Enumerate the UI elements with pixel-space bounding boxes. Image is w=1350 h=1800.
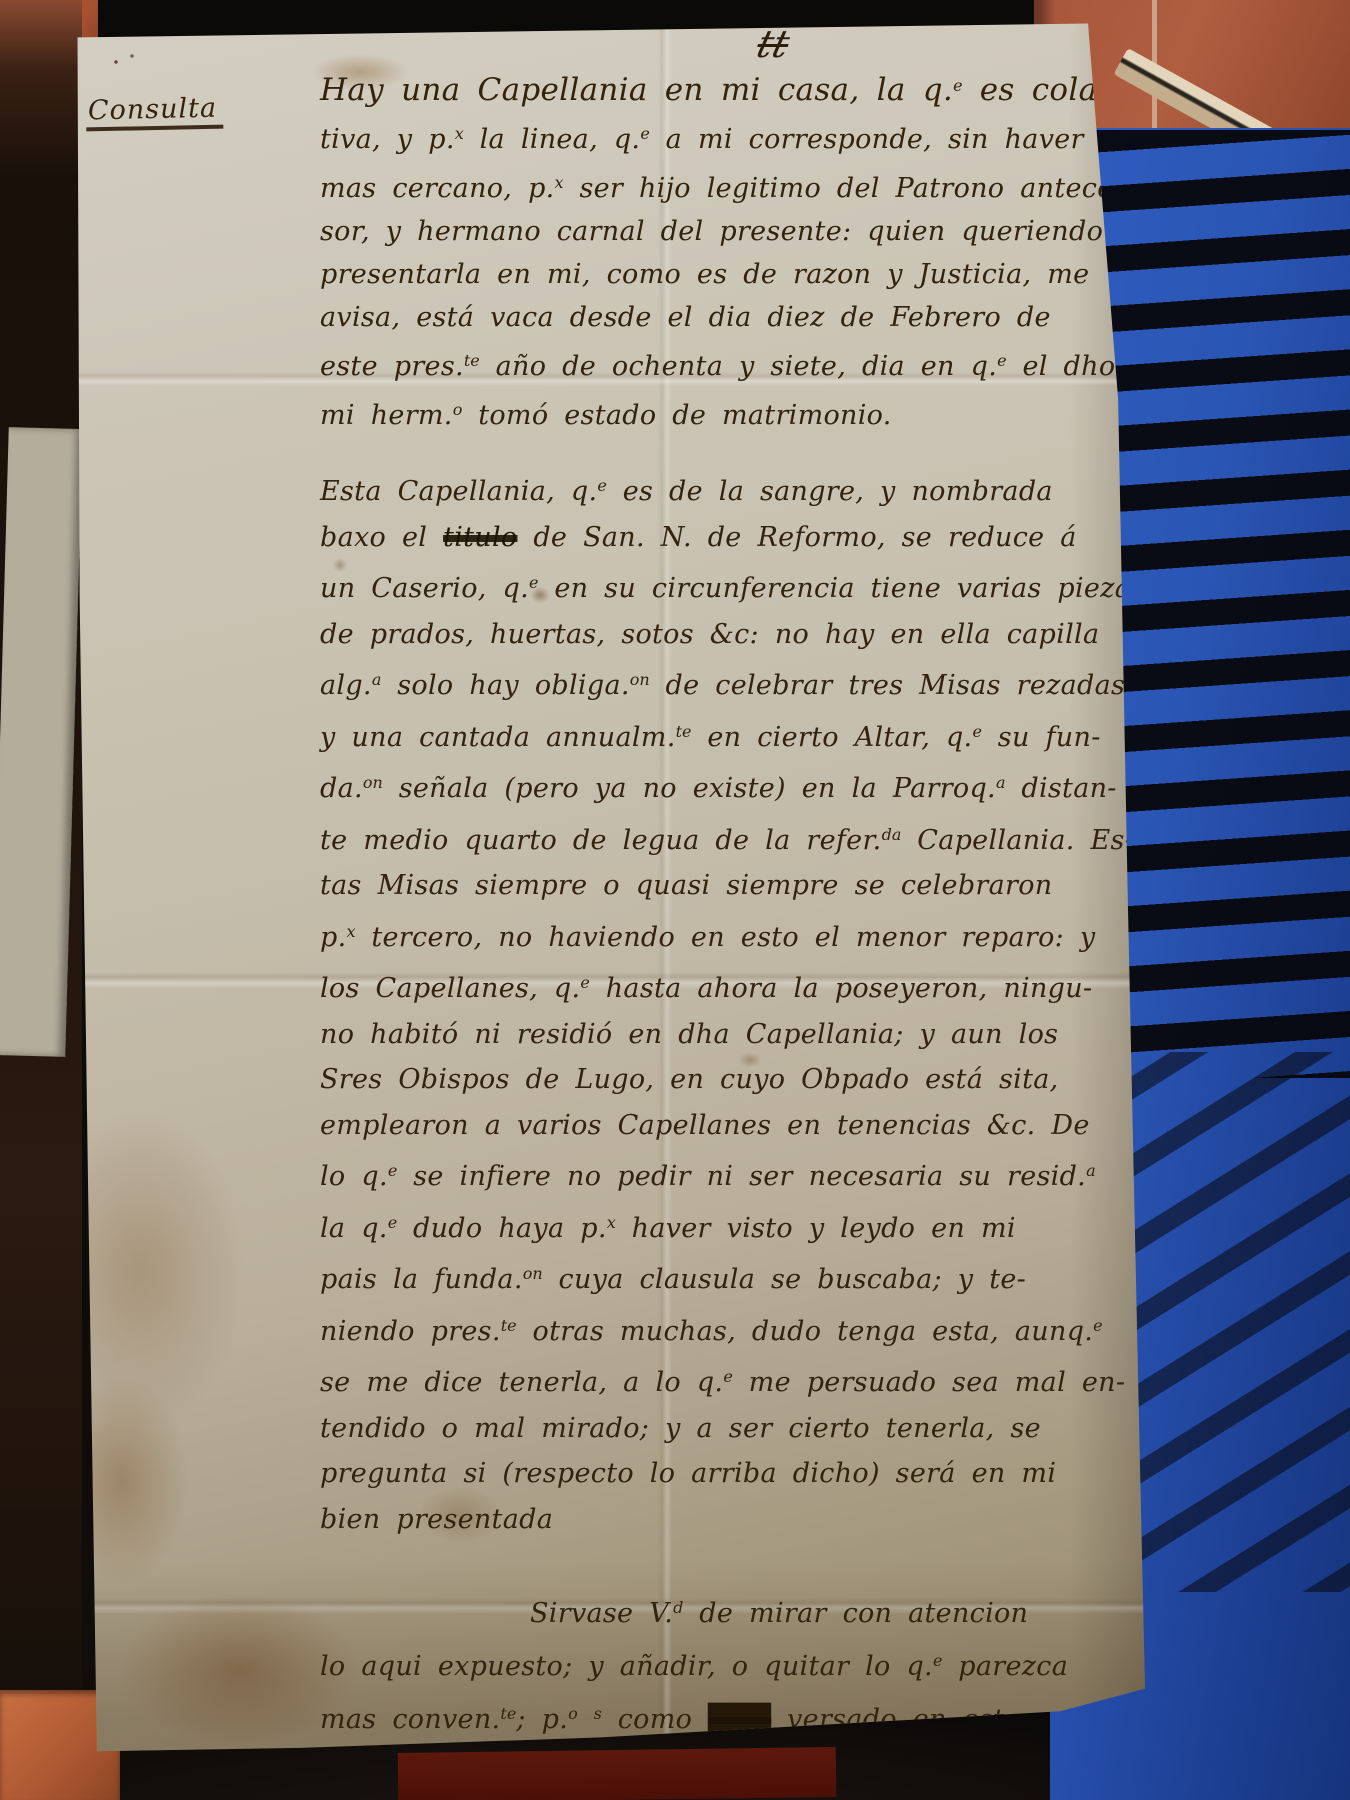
text-line: lo aqui expuesto; y añadir, o quitar lo … [320, 1637, 1135, 1690]
text-line: niendo pres.te otras muchas, dudo tenga … [320, 1303, 1135, 1355]
manuscript-text: Hay una Capellania en mi casa, la q.e es… [320, 64, 1135, 1743]
paragraph: Esta Capellania, q.e es de la sangre, y … [320, 463, 1135, 1542]
text-line: pregunta si (respecto lo arriba dicho) s… [320, 1451, 1135, 1497]
text-line: avisa, está vaca desde el dia diez de Fe… [320, 296, 1135, 339]
text-line: alg.a solo hay obliga.on de celebrar tre… [320, 657, 1135, 709]
margin-label: Consulta [86, 93, 224, 132]
text-line: un Caserio, q.e en su circunferencia tie… [320, 560, 1135, 612]
text-line: mas cercano, p.x ser hijo legitimo del P… [320, 161, 1135, 210]
text-line: lo q.e se infiere no pedir ni ser necesa… [320, 1148, 1135, 1200]
photo-scene: Consulta tt Hay una Capellania en mi cas… [0, 0, 1350, 1800]
text-line: te medio quarto de legua de la refer.da … [320, 812, 1135, 864]
text-line: tiva, y p.x la linea, q.e a mi correspon… [320, 112, 1135, 161]
text-line: presentarla en mi, como es de razon y Ju… [320, 253, 1135, 296]
paragraph: Hay una Capellania en mi casa, la q.e es… [320, 64, 1135, 437]
dark-red-tile-bottom-center [398, 1747, 837, 1800]
struck-word: titulo [443, 522, 517, 553]
text-line: emplearon a varios Capellanes en tenenci… [320, 1103, 1135, 1149]
header-cross-mark: tt [753, 22, 795, 66]
text-line: y una cantada annualm.te en cierto Altar… [320, 709, 1135, 761]
text-line: los Capellanes, q.e hasta ahora la posey… [320, 960, 1135, 1012]
text-line: pais la funda.on cuya clausula se buscab… [320, 1251, 1135, 1303]
text-line: no habitó ni residió en dha Capellania; … [320, 1012, 1135, 1058]
text-line: baxo el titulo de San. N. de Reformo, se… [320, 515, 1135, 561]
text-line: la q.e dudo haya p.x haver visto y leydo… [320, 1200, 1135, 1252]
text-line: da.on señala (pero ya no existe) en la P… [320, 760, 1135, 812]
manuscript-sheet: Consulta tt Hay una Capellania en mi cas… [70, 20, 1145, 1760]
text-line: bien presentada [320, 1497, 1135, 1543]
text-line: Esta Capellania, q.e es de la sangre, y … [320, 463, 1135, 515]
text-line: sor, y hermano carnal del presente: quie… [320, 210, 1135, 253]
text-line: tendido o mal mirado; y a ser cierto ten… [320, 1406, 1135, 1452]
text-line: de prados, huertas, sotos &c: no hay en … [320, 612, 1135, 658]
text-line: este pres.te año de ochenta y siete, dia… [320, 339, 1135, 388]
text-line: Hay una Capellania en mi casa, la q.e es… [320, 64, 1135, 112]
text-line: mi herm.o tomó estado de matrimonio. [320, 388, 1135, 437]
text-line: tas Misas siempre o quasi siempre se cel… [320, 863, 1135, 909]
text-line: se me dice tenerla, a lo q.e me persuado… [320, 1354, 1135, 1406]
text-line: Sres Obispos de Lugo, en cuyo Obpado est… [320, 1057, 1135, 1103]
text-line: Sirvase V.d de mirar con atencion [320, 1584, 1135, 1637]
text-line: p.x tercero, no haviendo en esto el meno… [320, 909, 1135, 961]
